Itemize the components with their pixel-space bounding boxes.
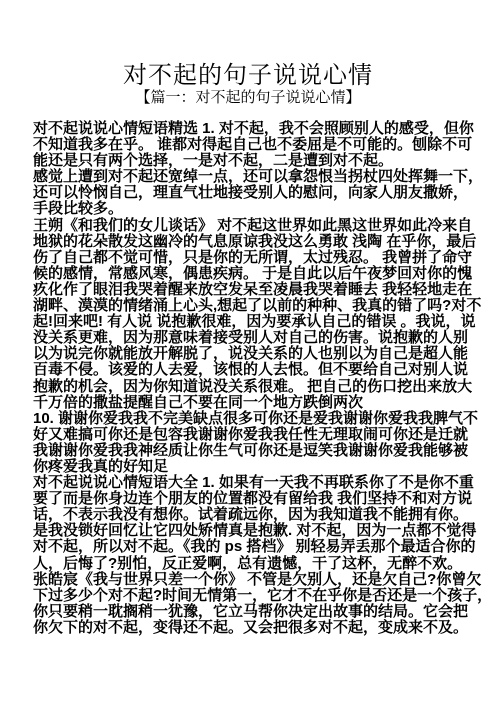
text-line: 你欠下的对不起，变得还不起。又会把很多对不起，变成来不及。 [33,620,473,636]
text-line: 疚化作了眼泪我哭着醒来放空发呆至凌晨我哭着睡去 我轻轻地走在 [33,282,473,298]
text-line: 你疼爱我真的好知足 [33,459,473,475]
text-line: 好又难搞可你还是包容我谢谢你爱我我任性无理取闹可你还是迁就 [33,427,473,443]
text-line: 能还是只有两个选择，一是对不起，二是遭到对不起。 [33,153,473,169]
text-line: 抱歉的机会，因为你知道说没关系很难。 把自己的伤口挖出来放大 [33,379,473,395]
text-line: 手段比较多。 [33,201,473,217]
text-line: 张皓宸《我与世界只差一个你》 不管是欠别人，还是欠自己?你曾欠 [33,572,473,588]
text-line: 人，后悔了?别怕，反正爱啊，总有遗憾，干了这杯，无醉不欢。 [33,556,473,572]
document-body: 对不起说说心情短语精选 1. 对不起，我不会照顾别人的感受，但你不知道我多在乎。… [33,121,473,636]
text-line: 对不起说说心情短语大全 1. 如果有一天我不再联系你了不是你不重 [33,475,473,491]
text-line: 千万倍的撒盐提醒自己不要在同一个地方跌倒两次 [33,395,473,411]
text-line: 百毒不侵。该爱的人去爱，该恨的人去恨。但不要给自己对别人说 [33,362,473,378]
text-line: 以为说完你就能放开解脱了，说没关系的人也别以为自己是超人能 [33,346,473,362]
text-line: 伤了自己都不觉可惜，只是你的无所谓，太过残忍。 我曾拼了命守 [33,250,473,266]
text-line: 湖畔、漠漠的情绪涌上心头,想起了以前的种种、我真的错了吗?对不 [33,298,473,314]
text-line: 10. 谢谢你爱我我不完美缺点很多可你还是爱我谢谢你爱我我脾气不 [33,411,473,427]
text-line: 对不起，所以对不起。《我的 ps 搭档》 别轻易弄丢那个最适合你的 [33,539,473,555]
text-line: 不知道我多在乎。 谁都对得起自己也不委屈是不可能的。刨除不可 [33,137,473,153]
text-line: 没关系更难，因为那意味着接受别人对自己的伤害。说抱歉的人别 [33,330,473,346]
document-subtitle: 【篇一：对不起的句子说说心情】 [0,86,496,107]
text-line: 地狱的花朵散发这幽冷的气息原谅我没这么勇敢 浅陶 在乎你，最后 [33,234,473,250]
document-page: 对不起的句子说说心情 【篇一：对不起的句子说说心情】 对不起说说心情短语精选 1… [0,0,496,702]
text-line: 我谢谢你爱我我神经质让你生气可你还是逗笑我谢谢你爱我能够被 [33,443,473,459]
text-line: 话，不表示我没有想你。试着疏远你，因为我知道我不能拥有你。 [33,507,473,523]
text-line: 下过多少个对不起?时间无情第一，它才不在乎你是否还是一个孩子， [33,588,473,604]
text-line: 候的感情，常感风寒，偶患疾病。 于是自此以后午夜梦回对你的愧 [33,266,473,282]
document-title: 对不起的句子说说心情 [0,55,496,90]
text-line: 你只要稍一耽搁稍一犹豫，它立马帮你决定出故事的结局。它会把 [33,604,473,620]
text-line: 要了而是你身边连个朋友的位置都没有留给我 我们坚持不和对方说 [33,491,473,507]
text-line: 王朔《和我们的女儿谈话》 对不起这世界如此黑这世界如此冷来自 [33,218,473,234]
text-line: 对不起说说心情短语精选 1. 对不起，我不会照顾别人的感受，但你 [33,121,473,137]
text-line: 感觉上遭到对不起还宽绰一点，还可以拿怨恨当拐杖四处挥舞一下， [33,169,473,185]
text-line: 起!回来吧! 有人说 说抱歉很难，因为要承认自己的错误 。我说，说 [33,314,473,330]
